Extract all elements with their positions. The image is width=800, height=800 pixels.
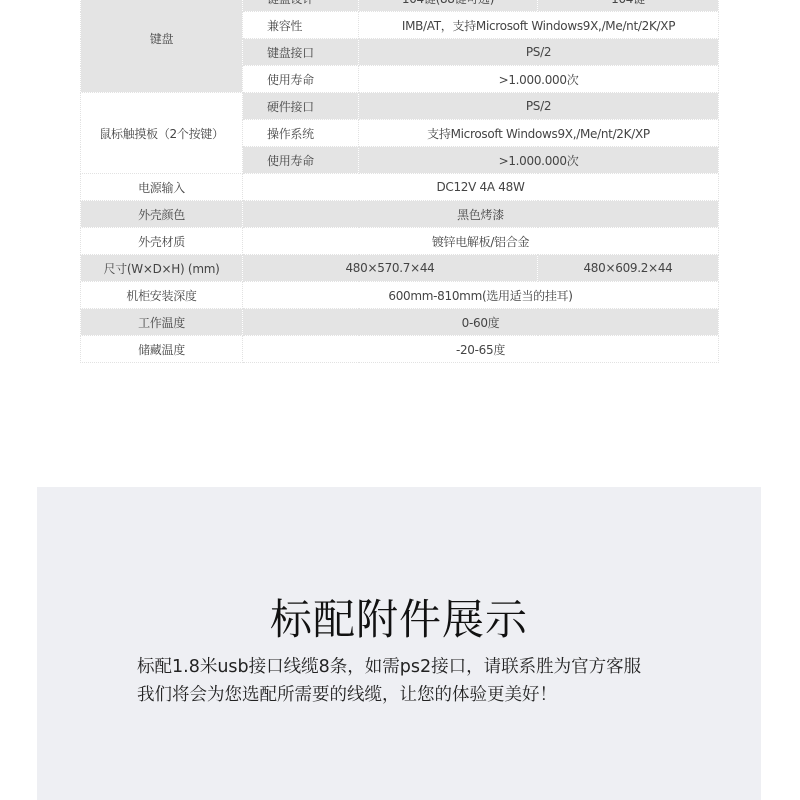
row-value: PS/2 [359, 93, 719, 120]
row-value: 480×570.7×44 [243, 255, 538, 282]
row-label: 尺寸(W×D×H) (mm) [81, 255, 243, 282]
row-value: 黑色烤漆 [243, 201, 719, 228]
table-row: 外壳颜色 黑色烤漆 [81, 201, 719, 228]
row-label: 兼容性 [243, 12, 359, 39]
row-value: PS/2 [359, 39, 719, 66]
row-label: 储藏温度 [81, 336, 243, 363]
table-row: 键盘 键盘设计 104键(88键可选) 104键 [81, 0, 719, 12]
row-value: DC12V 4A 48W [243, 174, 719, 201]
table-row: 机柜安装深度 600mm-810mm(选用适当的挂耳) [81, 282, 719, 309]
row-value: IMB/AT，支持Microsoft Windows9X,/Me/nt/2K/X… [359, 12, 719, 39]
accessories-panel: 标配附件展示 标配1.8米usb接口线缆8条，如需ps2接口，请联系胜为官方客服… [37, 487, 761, 800]
row-value: 600mm-810mm(选用适当的挂耳) [243, 282, 719, 309]
accessories-title: 标配附件展示 [37, 587, 761, 647]
row-value: >1.000.000次 [359, 147, 719, 174]
row-value: 支持Microsoft Windows9X,/Me/nt/2K/XP [359, 120, 719, 147]
table-row: 外壳材质 镀锌电解板/铝合金 [81, 228, 719, 255]
row-label: 使用寿命 [243, 147, 359, 174]
row-label: 外壳材质 [81, 228, 243, 255]
table-row: 电源输入 DC12V 4A 48W [81, 174, 719, 201]
row-label: 键盘设计 [243, 0, 359, 12]
row-value: 0-60度 [243, 309, 719, 336]
row-label: 键盘接口 [243, 39, 359, 66]
row-label: 硬件接口 [243, 93, 359, 120]
table-row: 尺寸(W×D×H) (mm) 480×570.7×44 480×609.2×44 [81, 255, 719, 282]
row-label: 电源输入 [81, 174, 243, 201]
row-value: >1.000.000次 [359, 66, 719, 93]
row-value: 104键(88键可选) [359, 0, 538, 12]
group-label-touchpad: 鼠标触摸板（2个按键） [81, 93, 243, 174]
row-label: 操作系统 [243, 120, 359, 147]
group-label-keyboard: 键盘 [81, 0, 243, 93]
row-label: 使用寿命 [243, 66, 359, 93]
row-label: 外壳颜色 [81, 201, 243, 228]
table-row: 鼠标触摸板（2个按键） 硬件接口 PS/2 [81, 93, 719, 120]
table-row: 储藏温度 -20-65度 [81, 336, 719, 363]
table-row: 工作温度 0-60度 [81, 309, 719, 336]
row-value: -20-65度 [243, 336, 719, 363]
spec-table: 键盘 键盘设计 104键(88键可选) 104键 兼容性 IMB/AT，支持Mi… [80, 0, 719, 363]
row-value: 104键 [538, 0, 719, 12]
row-label: 工作温度 [81, 309, 243, 336]
row-label: 机柜安装深度 [81, 282, 243, 309]
row-value: 480×609.2×44 [538, 255, 719, 282]
accessories-description: 标配1.8米usb接口线缆8条，如需ps2接口，请联系胜为官方客服 我们将会为您… [137, 653, 661, 709]
row-value: 镀锌电解板/铝合金 [243, 228, 719, 255]
